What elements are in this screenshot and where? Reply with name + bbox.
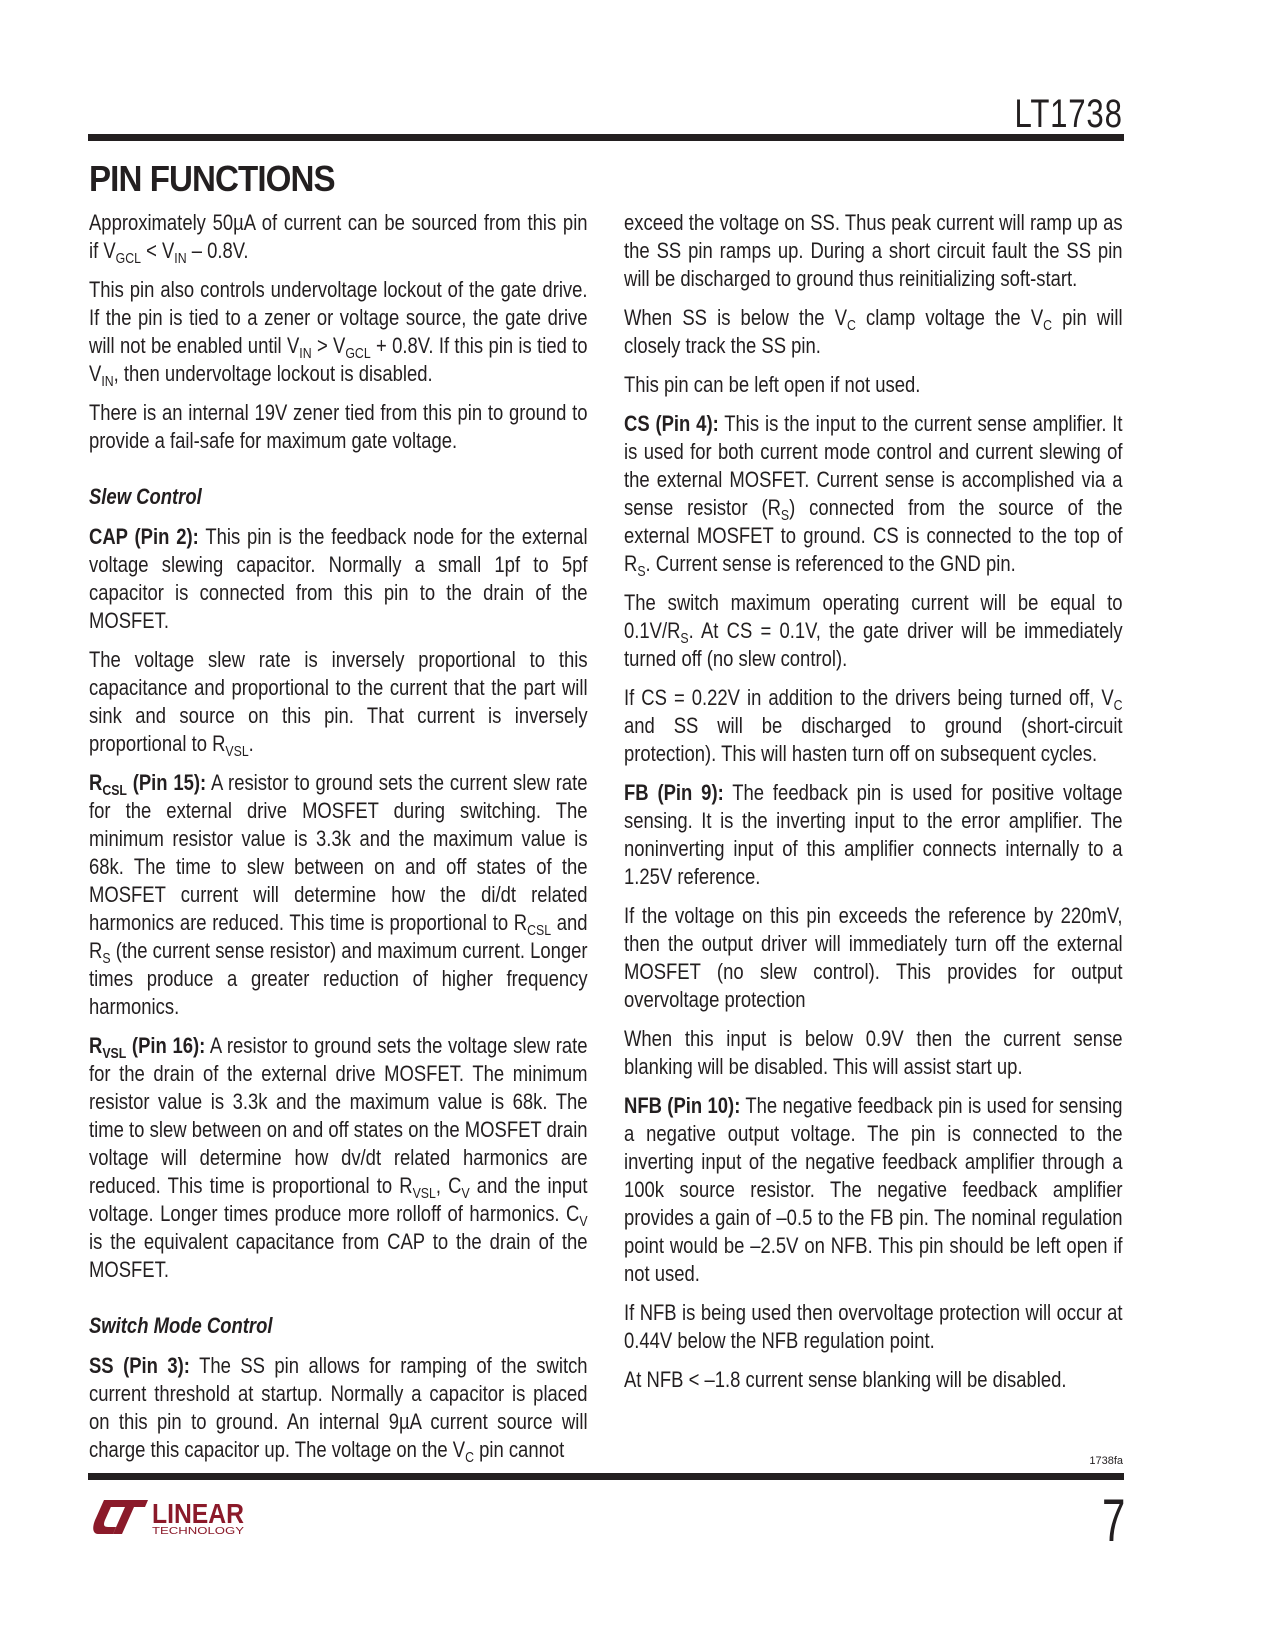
paragraph: RVSL (Pin 16): A resistor to ground sets… (89, 1032, 588, 1284)
header-rule (88, 134, 1124, 141)
linear-technology-logo: LINEAR TECHNOLOGY (90, 1496, 260, 1536)
right-column: exceed the voltage on SS. Thus peak curr… (624, 209, 1123, 1405)
paragraph: At NFB < –1.8 current sense blanking wil… (624, 1366, 1123, 1394)
paragraph: If the voltage on this pin exceeds the r… (624, 902, 1123, 1014)
paragraph: FB (Pin 9): The feedback pin is used for… (624, 779, 1123, 891)
part-number: LT1738 (1015, 92, 1123, 137)
document-code: 1738fa (1089, 1455, 1123, 1467)
paragraph: There is an internal 19V zener tied from… (89, 399, 588, 455)
lt-logo-mark-icon (93, 1500, 148, 1534)
left-column: Approximately 50µA of current can be sou… (89, 209, 588, 1475)
paragraph: This pin also controls undervoltage lock… (89, 276, 588, 388)
paragraph: SS (Pin 3): The SS pin allows for rampin… (89, 1352, 588, 1464)
paragraph: This pin can be left open if not used. (624, 371, 1123, 399)
section-title: PIN FUNCTIONS (89, 158, 335, 200)
footer-rule (88, 1473, 1124, 1480)
logo-subtext: TECHNOLOGY (152, 1526, 244, 1536)
logo-wordmark: LINEAR (152, 1498, 244, 1529)
subsection-heading: Slew Control (89, 483, 588, 511)
paragraph: When SS is below the VC clamp voltage th… (624, 304, 1123, 360)
subsection-heading: Switch Mode Control (89, 1312, 588, 1340)
paragraph: The voltage slew rate is inversely propo… (89, 646, 588, 758)
page-number: 7 (1102, 1486, 1125, 1555)
paragraph: The switch maximum operating current wil… (624, 589, 1123, 673)
paragraph: CS (Pin 4): This is the input to the cur… (624, 410, 1123, 578)
paragraph: If NFB is being used then overvoltage pr… (624, 1299, 1123, 1355)
paragraph: NFB (Pin 10): The negative feedback pin … (624, 1092, 1123, 1288)
paragraph: CAP (Pin 2): This pin is the feedback no… (89, 523, 588, 635)
paragraph: Approximately 50µA of current can be sou… (89, 209, 588, 265)
paragraph: When this input is below 0.9V then the c… (624, 1025, 1123, 1081)
paragraph: If CS = 0.22V in addition to the drivers… (624, 684, 1123, 768)
paragraph: exceed the voltage on SS. Thus peak curr… (624, 209, 1123, 293)
paragraph: RCSL (Pin 15): A resistor to ground sets… (89, 769, 588, 1021)
